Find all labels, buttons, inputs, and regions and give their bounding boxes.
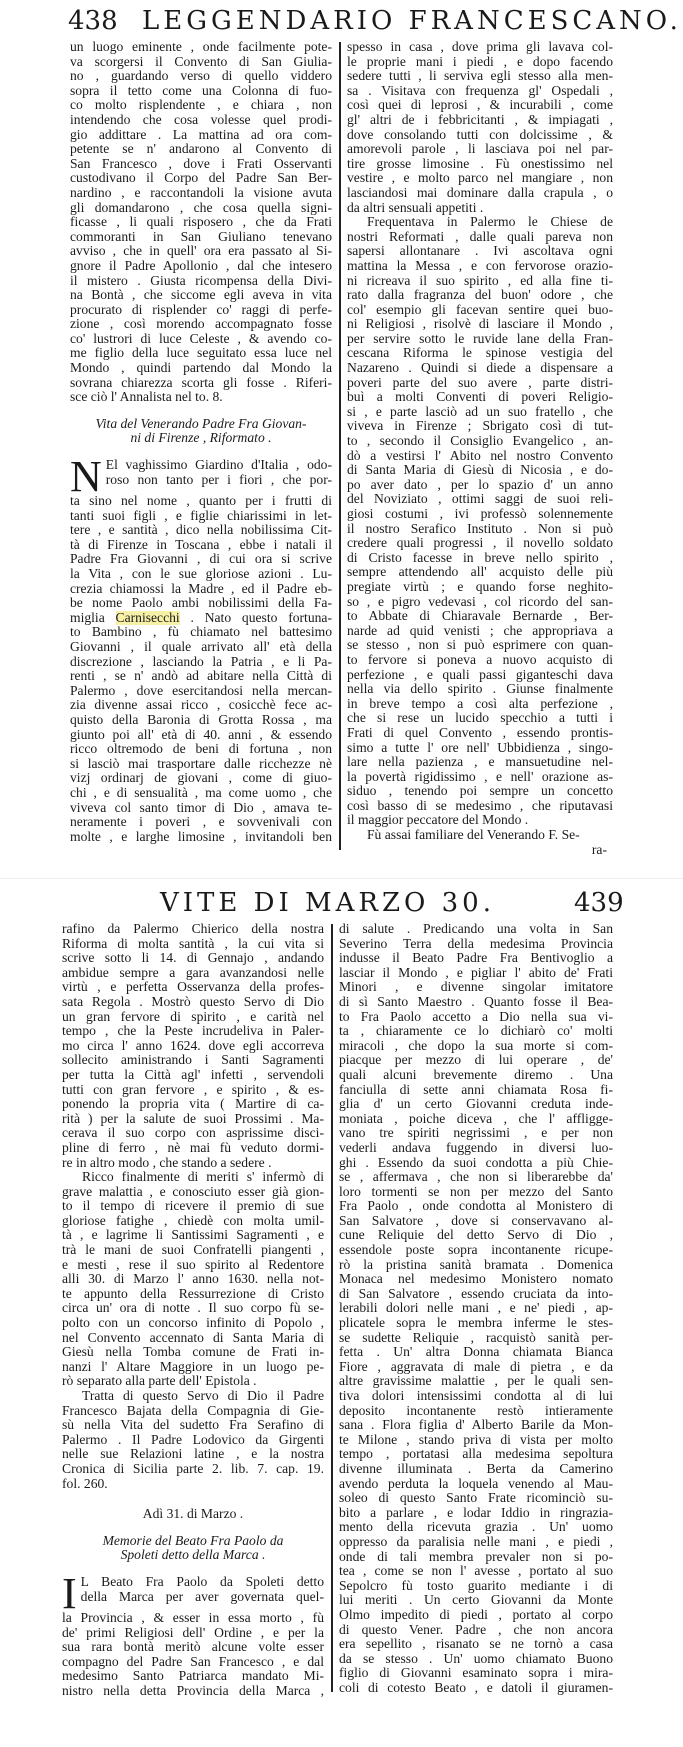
text-line: nella via dello spirito . Giunse finalme… — [347, 682, 613, 697]
page-number: 438 — [68, 6, 118, 36]
text-line: Giesù nella Tomba comune de Frati in- — [62, 1345, 324, 1360]
text-line: intendendo che cosa volesse quel prodi- — [70, 113, 332, 128]
text-line: di questo Vener. Padre , che non ancora — [339, 1623, 613, 1638]
text-line: na Bontà , che siccome egli aveva in vit… — [70, 288, 332, 303]
text-line: così basso di se medesimo , che riputava… — [347, 799, 613, 814]
paragraph: Ricco finalmente di meriti s' infermò di… — [62, 1170, 324, 1389]
text-line: avviso , che in quell' ora era passato a… — [70, 244, 332, 259]
text-line: sana . Flora figlia d' Alberto Barile da… — [339, 1418, 613, 1433]
text-line: to Fra Paolo accetto a Dio nella sua vi- — [339, 1010, 613, 1025]
section-title: Memorie del Beato Fra Paolo da Spoleti d… — [62, 1534, 324, 1563]
text-line: spesso in casa , dove prima gli lavava c… — [347, 40, 613, 55]
highlighted-word[interactable]: Carnisecchi — [116, 611, 180, 625]
text-line: tà , e lagrime li Santissimi Sagramenti … — [62, 1228, 324, 1243]
column-rule — [331, 924, 333, 1692]
text-line: divenne illuminata . Berta da Camerino — [339, 1462, 613, 1477]
section-title: Vita del Venerando Padre Fra Giovan- ni … — [70, 417, 332, 446]
paragraph: un luogo eminente , onde facilmente pote… — [70, 40, 332, 405]
text-line: quisto della Baronia di Grotta Rossa , m… — [70, 713, 332, 728]
text-line: il maggior peccatore del Mondo . — [347, 813, 613, 828]
text-line: cune Reliquie del detto Servo di Dio , — [339, 1228, 613, 1243]
text-line: se stesso , non si può esprimere con qua… — [347, 638, 613, 653]
section-title-line: Memorie del Beato Fra Paolo da — [62, 1534, 324, 1549]
text-line: viveva col santo timor di Dio , amava te… — [70, 801, 332, 816]
text-line: un luogo eminente , onde facilmente pote… — [70, 40, 332, 55]
text-line: lare nella pazienza , e mansuetudine nel… — [347, 755, 613, 770]
text-line: sedere tutti , li serviva egli stesso al… — [347, 69, 613, 84]
text-line: vestire , e molto parco nel mangiare , n… — [347, 171, 613, 186]
text-line: nelle sue Relazioni latine , e la nostra — [62, 1447, 324, 1462]
text-line: be nome Paolo ambi nobilissimi della Fa- — [70, 596, 332, 611]
text-line: soleo di questo Santo Frate ricominciò s… — [339, 1491, 613, 1506]
text-line: tà di Firenze in Toscana , ebbe i natali… — [70, 538, 332, 553]
text-line: perfezione , e quali passi giganteschi d… — [347, 668, 613, 683]
text-line: Tratta di questo Servo di Dio il Padre — [62, 1389, 324, 1404]
text-line: to il tempo di ricevere il premio di sue — [62, 1199, 324, 1214]
text-line: Giovanni , il quale arrivato all' età de… — [70, 640, 332, 655]
text-line: mento della ricevuta grazia . Un' uomo — [339, 1520, 613, 1535]
text-line: dove consolando tutti con dolcissime , & — [347, 128, 613, 143]
page-438: 438 LEGGENDARIO FRANCESCANO. un luogo em… — [0, 0, 683, 880]
text-line: plicatele sopra le membra inferme le ste… — [339, 1316, 613, 1331]
text-line: sapersi allontanare . Ivi ascoltava ogni — [347, 244, 613, 259]
text-line: per servire sotto le ruvide lane della F… — [347, 332, 613, 347]
text-line: si lasciò mai trasportare dalle ricchezz… — [70, 757, 332, 772]
text-line: sce ciò l' Annalista nel to. 8. — [70, 390, 332, 405]
text-line: ambidue sempre a gara avanzandosi nelle — [62, 966, 324, 981]
text-line: col' esempio gli facevan sentire quei bu… — [347, 303, 613, 318]
text-line: ta sino nel nome , quanto per i frutti d… — [70, 494, 332, 509]
text-line: del Noviziato , ottimi saggi de suoi rel… — [347, 492, 613, 507]
text-line: San Salvatore , dove si conservavano al- — [339, 1214, 613, 1229]
text-line: tutti con gran fervore , e spirito , & e… — [62, 1083, 324, 1098]
text-line: di sì Santo Maestro . Quanto fosse il Be… — [339, 995, 613, 1010]
text-line: lui meriti . Un certo Giovanni da Monte — [339, 1593, 613, 1608]
text-line: di salute . Predicando una volta in San — [339, 922, 613, 937]
text-line: mo circa l' anno 1624. dove egli accorre… — [62, 1039, 324, 1054]
text-line: Mondo , quindi partendo dal Mondo la — [70, 361, 332, 376]
section-title-line: Spoleti detto della Marca . — [62, 1548, 324, 1563]
running-title: VITE DI MARZO 30. — [160, 888, 495, 918]
text-line: to Abbate di Chiaravale Bernarde , Ber- — [347, 609, 613, 624]
paragraph: Frequentava in Palermo le Chiese denostr… — [347, 215, 613, 828]
text-line: vano tre spiriti negrissimi , e per non — [339, 1126, 613, 1141]
text-line: mattina la Messa , e con fervorose orazi… — [347, 259, 613, 274]
date-heading: Adì 31. di Marzo . — [62, 1507, 324, 1522]
text-line: la Provincia , & esser in essa morto , f… — [62, 1611, 324, 1626]
text-line: gloriose fatighe , chiedè con molta umil… — [62, 1214, 324, 1229]
text-line: zione , così morendo accompagnato fosse — [70, 317, 332, 332]
text-line: alli 30. di Marzo l' anno 1630. nella no… — [62, 1272, 324, 1287]
text-line: co molto risplendente , e chiara , non — [70, 98, 332, 113]
paragraph: Tratta di questo Servo di Dio il PadreFr… — [62, 1389, 324, 1491]
text-line: sata Regola . Mostrò questo Servo di Dio — [62, 995, 324, 1010]
text-line: lasciandosi mai dominare dalla crapula ,… — [347, 186, 613, 201]
text-line: Padre Fra Giovanni , di cui ora si scriv… — [70, 552, 332, 567]
text-line: roso non tanto per i fiori , che por- — [106, 473, 332, 488]
text-line: tiva dolori intensissimi condotta al di … — [339, 1389, 613, 1404]
text-line: di San Salvatore , essendo cruciata da i… — [339, 1287, 613, 1302]
text-line: ni Religiosi , risolvè di lasciare il Mo… — [347, 317, 613, 332]
text-line: sù nella Vita del sudetto Fra Serafino d… — [62, 1418, 324, 1433]
text-line: molte , e larghe limosine , invitandoli … — [70, 830, 332, 845]
text-line: Frati di quel Convento , essendo prontis… — [347, 726, 613, 741]
text-line: sempre attendendo all' acquisto delle pi… — [347, 565, 613, 580]
text-line: so , e pigro vedevasi , col ricordo del … — [347, 595, 613, 610]
text-line: la Vita , con le sue gloriose azioni . L… — [70, 567, 332, 582]
right-column: di salute . Predicando una volta in SanS… — [339, 922, 613, 1695]
text-line: narde ad quid venisti ; che appropriava … — [347, 624, 613, 639]
text-line: gl' altri de i febbricitanti , & impiaga… — [347, 113, 613, 128]
text-line: chi , e di sensualità , ma come uomo , c… — [70, 786, 332, 801]
text-line: e mesti , rese il suo spirito al Redento… — [62, 1258, 324, 1273]
text-span: miglia — [70, 611, 116, 625]
text-line: Ricco finalmente di meriti s' infermò di — [62, 1170, 324, 1185]
text-line: Cronica di Sicilia parte 2. lib. 7. cap.… — [62, 1462, 324, 1477]
paragraph: rafino da Palermo Chierico della nostraR… — [62, 922, 324, 1170]
text-line: deposito incontanente restò intieramente — [339, 1404, 613, 1419]
text-line: così quei di leprosi , & incurabili , co… — [347, 98, 613, 113]
text-line: Fra Paolo , onde condotta al Monistero d… — [339, 1199, 613, 1214]
text-line: procurato di risplender co' raggi di per… — [70, 303, 332, 318]
text-line: San Francesco , dove i Frati Osservanti — [70, 157, 332, 172]
text-line: zia divenne assai ricco , cosicchè fece … — [70, 698, 332, 713]
text-line: gnore il Padre Apollonio , dal che intes… — [70, 259, 332, 274]
text-line: buì a molti Conventi di poveri Religio- — [347, 390, 613, 405]
page-divider — [0, 878, 683, 879]
text-line: Monaca nel medesimo Monistero nomato — [339, 1272, 613, 1287]
text-line: Frequentava in Palermo le Chiese de — [347, 215, 613, 230]
text-line: rafino da Palermo Chierico della nostra — [62, 922, 324, 937]
text-line: il nostro Serafico Instituto . Non si pu… — [347, 522, 613, 537]
text-line: sa . Visitava con frequenza gl' Ospedali… — [347, 84, 613, 99]
text-line: rità ) per la salute de suoi Prossimi . … — [62, 1112, 324, 1127]
text-line: virtù , e perfetta Osservanza della prof… — [62, 980, 324, 995]
text-line: Nazareno . Quindi si diede a dispensare … — [347, 361, 613, 376]
text-line: Palermo , dove esercitandosi nella merca… — [70, 684, 332, 699]
text-line: cescana Riforma le spinose vestigia del — [347, 346, 613, 361]
text-line: crezia chiamossi la Madre , ed il Padre … — [70, 582, 332, 597]
text-line: Fù assai familiare del Venerando F. Se- — [347, 828, 613, 843]
text-line: tere , e santità , dico nella nobilissim… — [70, 523, 332, 538]
text-line: ponendo la propria vita ( Martire di ca- — [62, 1097, 324, 1112]
text-line: polto con un concorso infinito di Popolo… — [62, 1316, 324, 1331]
text-line: Sepolcro fù tosto guarito mediante i di — [339, 1579, 613, 1594]
left-column: un luogo eminente , onde facilmente pote… — [70, 40, 332, 844]
catchword: ra- — [347, 843, 613, 858]
section-title-line: Vita del Venerando Padre Fra Giovan- — [70, 417, 332, 432]
text-line: Minori , e divenne singolar imitatore — [339, 980, 613, 995]
text-line: loro tormenti se non per mezzo del Santo — [339, 1185, 613, 1200]
text-line: quali alcuni brevemente diremo . Una — [339, 1068, 613, 1083]
text-line: lerabili dolori nelle mani , e ne' piedi… — [339, 1301, 613, 1316]
text-line: to fervore si poneva a nuovo acquisto di — [347, 653, 613, 668]
right-column: spesso in casa , dove prima gli lavava c… — [347, 40, 613, 857]
text-line: ni ricreava il suo spirito , ed alla fin… — [347, 274, 613, 289]
text-line: pline di ferro , nè mai fù veduto dormi- — [62, 1141, 324, 1156]
text-line: credere quali progressi , il novello sol… — [347, 536, 613, 551]
text-line: tempo , che la Peste incrudeliva in Pale… — [62, 1024, 324, 1039]
text-line: per tutta la Città agl' infetti , serven… — [62, 1068, 324, 1083]
text-line: moniata , poiche diceva , che l' affligg… — [339, 1112, 613, 1127]
text-line: Olmo impedito di piedi , portato al corp… — [339, 1608, 613, 1623]
text-line: glia d' un certo Giovanni creduta inde- — [339, 1097, 613, 1112]
text-line: gio addittare . La mattina ad ora com- — [70, 128, 332, 143]
text-line: de' primi Religiosi dell' Ordine , e per… — [62, 1626, 324, 1641]
paragraph: di salute . Predicando una volta in SanS… — [339, 922, 613, 1695]
text-line: medesimo Santo Patriarca mandato Mi- — [62, 1669, 324, 1684]
text-line: pregiate virtù ; e quando forse neghito- — [347, 580, 613, 595]
text-line: si , e parte lasciò ad un suo fratello ,… — [347, 405, 613, 420]
text-line: ficasse , li quali risposero , che da Fr… — [70, 215, 332, 230]
text-line: nostri Reformati , dalle quali pareva no… — [347, 230, 613, 245]
page-439: VITE DI MARZO 30. 439 rafino da Palermo … — [0, 880, 683, 1747]
text-line: rò la pristina sanità bramata . Domenica — [339, 1258, 613, 1273]
text-line: renti , se n' andò ad abitare nella Citt… — [70, 669, 332, 684]
text-line: ta , chiaramente ce lo dichiarò co' molt… — [339, 1024, 613, 1039]
text-line: cerava il suo corpo con asprissime disci… — [62, 1126, 324, 1141]
text-line: simo a tutte l' ore nell' Ubbidienza , s… — [347, 741, 613, 756]
drop-cap: I — [62, 1577, 77, 1611]
text-line: re in altro modo , che stando a sedere . — [62, 1156, 324, 1171]
text-line: giosi costumi , ivi professò solennement… — [347, 507, 613, 522]
text-line: ghi . Essendo da suoi condotta a più Chi… — [339, 1156, 613, 1171]
text-line: discrezione , lasciando la Patria , e li… — [70, 655, 332, 670]
paragraph: spesso in casa , dove prima gli lavava c… — [347, 40, 613, 215]
text-line: ricco oltremodo de beni di fortuna , non — [70, 742, 332, 757]
text-line: il mistero . Giusta ricompensa della Div… — [70, 274, 332, 289]
text-line: da se stesso . Un' uomo chiamato Buono — [339, 1652, 613, 1667]
page-number: 439 — [574, 888, 624, 918]
text-line: to , secondo il Consiglio Evangelico , a… — [347, 434, 613, 449]
text-line: grave malattia , e conosciuto esser già … — [62, 1185, 324, 1200]
text-line: to Bambino , fù chiamato nel battesimo — [70, 625, 332, 640]
text-line: indusse il Beato Padre Fra Bentivoglio a — [339, 951, 613, 966]
text-line: me figlio della luce seguitato essa luce… — [70, 346, 332, 361]
text-line: fol. 260. — [62, 1477, 324, 1492]
paragraph: N El vaghissimo Giardino d'Italia , odo-… — [70, 458, 332, 844]
text-line: sovrana chiarezza scorta gli fosse . Rif… — [70, 376, 332, 391]
text-line: bito a parlare , e lodar Iddio in ringra… — [339, 1506, 613, 1521]
text-line: se , affermava , che non si liberarebbe … — [339, 1170, 613, 1185]
text-line: un gran fervore di spirito , e carità ne… — [62, 1010, 324, 1025]
text-line: sollecito aministrando i Santi Sagrament… — [62, 1053, 324, 1068]
text-line: Francesco Bajata della Compagnia di Gie- — [62, 1404, 324, 1419]
column-rule — [339, 42, 341, 850]
text-line: Palermo . Il Padre Lodovico da Girgenti — [62, 1433, 324, 1448]
text-line: onde di tali membra prevaler non si po- — [339, 1550, 613, 1565]
text-line: neramente i poveri , e sovvenivali con — [70, 815, 332, 830]
text-line: giunto poi all' età di 40. anni , & esse… — [70, 728, 332, 743]
running-title: LEGGENDARIO FRANCESCANO. — [142, 6, 682, 36]
text-line: nardino , e raccontandoli la visione avu… — [70, 186, 332, 201]
text-line: tire grosse limosine . Fù onestissimo ne… — [347, 157, 613, 172]
text-line: petente se n' andarono al Convento di — [70, 142, 332, 157]
text-line: tea , come se non l' avesse , portato al… — [339, 1564, 613, 1579]
text-line: tempo , portatasi alla medesima sepoltur… — [339, 1447, 613, 1462]
text-line: vederli andava fuggendo in diversi luo- — [339, 1141, 613, 1156]
text-line: dò a vestirsi l' Abito nel nostro Conven… — [347, 449, 613, 464]
text-line: coli di cotesto Beato , e datoli il giur… — [339, 1681, 613, 1696]
text-line: L Beato Fra Paolo da Spoleti detto — [81, 1575, 324, 1590]
text-line: fanciulla di sette anni chiamata Rosa fi… — [339, 1083, 613, 1098]
text-line: che si rese un lucido specchio a tutti i — [347, 711, 613, 726]
text-line: te Milone , stando priva di vista per mo… — [339, 1433, 613, 1448]
text-line: scrive sotto li 14. di Gennajo , andando — [62, 951, 324, 966]
text-line: le proprie mani i piedi , e dopo facendo — [347, 55, 613, 70]
text-line: era sepellito , risanato se ne tornò a c… — [339, 1637, 613, 1652]
text-line: oppresso da paralisia nelle mani , e pie… — [339, 1535, 613, 1550]
text-line: nel Convento accennato di Santa Maria di — [62, 1331, 324, 1346]
text-line: della Marca per aver governata quel- — [81, 1590, 324, 1605]
text-line: di Cristo facesse in breve nello spirito… — [347, 551, 613, 566]
text-line: no , guardando verso di quello viddero — [70, 69, 332, 84]
text-line: miracoli , che dopo la sua morte si com- — [339, 1039, 613, 1054]
text-line: poveri parte del suo avere , parte distr… — [347, 376, 613, 391]
text-line: lasciar il Mondo , e pigliar l' abito de… — [339, 966, 613, 981]
text-line: Severino Terra della medesima Provincia — [339, 937, 613, 952]
drop-cap: N — [70, 460, 102, 494]
text-span: . Nato questo fortuna- — [180, 611, 332, 625]
text-line: sopra il tetto come una Colonna di fuo- — [70, 84, 332, 99]
text-line: Riforma di molta santità , la cui vita s… — [62, 937, 324, 952]
text-line: co' lustrori di luce Celeste , & avendo … — [70, 332, 332, 347]
text-line: rato dalla fragranza del buon' odore , c… — [347, 288, 613, 303]
text-line: te appunto della Ressurrezione di Cristo — [62, 1287, 324, 1302]
text-line: nistro nella detta Provincia della Marca… — [62, 1684, 324, 1699]
text-line: custodivano il Corpo del Padre San Ber- — [70, 171, 332, 186]
text-line: rò separato alla parte dell' Epistola . — [62, 1374, 324, 1389]
text-line: sua rara bontà meritò alcune volte esser — [62, 1640, 324, 1655]
text-line: gli domandarono , che cosa quella signi- — [70, 201, 332, 216]
left-column: rafino da Palermo Chierico della nostraR… — [62, 922, 324, 1699]
text-line: El vaghissimo Giardino d'Italia , odo- — [106, 458, 332, 473]
text-line: miglia Carnisecchi . Nato questo fortuna… — [70, 611, 332, 626]
section-title-line: ni di Firenze , Riformato . — [70, 431, 332, 446]
text-line: tanti suoi figli , e figlie chiarissimi … — [70, 509, 332, 524]
text-line: Fiore , aggravata di male di pietra , e … — [339, 1360, 613, 1375]
text-line: compagno del Padre San Francesco , e dal — [62, 1655, 324, 1670]
text-line: figlio di Giovanni esaminato sopra i mir… — [339, 1666, 613, 1681]
text-line: di Santa Maria di Giesù di Nicosia , e d… — [347, 463, 613, 478]
text-line: vizj ordinarj de giovani , come di giuo- — [70, 771, 332, 786]
paragraph: I L Beato Fra Paolo da Spoleti detto del… — [62, 1575, 324, 1699]
text-line: trà le mani de suoi Confratelli piangent… — [62, 1243, 324, 1258]
text-line: da altri sensuali appetiti . — [347, 201, 613, 216]
text-line: se sudette Reliquie , racquistò sanità p… — [339, 1331, 613, 1346]
text-line: avendo perduta la loquela venendo al Mau… — [339, 1477, 613, 1492]
text-line: commoranti in San Giuliano tenevano — [70, 230, 332, 245]
text-line: va scorgersi il Convento di San Giulia- — [70, 55, 332, 70]
text-line: in breve tempo a così alta perfezione , — [347, 697, 613, 712]
text-line: altre gravissime malattie , per le quali… — [339, 1374, 613, 1389]
text-line: circa un' ora di notte . Il suo corpo fù… — [62, 1301, 324, 1316]
text-line: viveva in Firenze ; Sbrigato così di tut… — [347, 419, 613, 434]
text-line: essendole poste sopra incontanente ricup… — [339, 1243, 613, 1258]
text-line: amorevoli parole , li lasciava poi nel p… — [347, 142, 613, 157]
text-line: nanzi l' Altare Maggiore in un luogo pe- — [62, 1360, 324, 1375]
text-line: la povertà rigidissimo , e nell' orazion… — [347, 770, 613, 785]
text-line: po aver dato , per lo spazio d' un anno — [347, 478, 613, 493]
text-line: siduo , tenendo poi sempre un concetto — [347, 784, 613, 799]
text-line: piacque per mezzo di lui operare , de' — [339, 1053, 613, 1068]
text-line: fetta . Un' altra Donna chiamata Bianca — [339, 1345, 613, 1360]
